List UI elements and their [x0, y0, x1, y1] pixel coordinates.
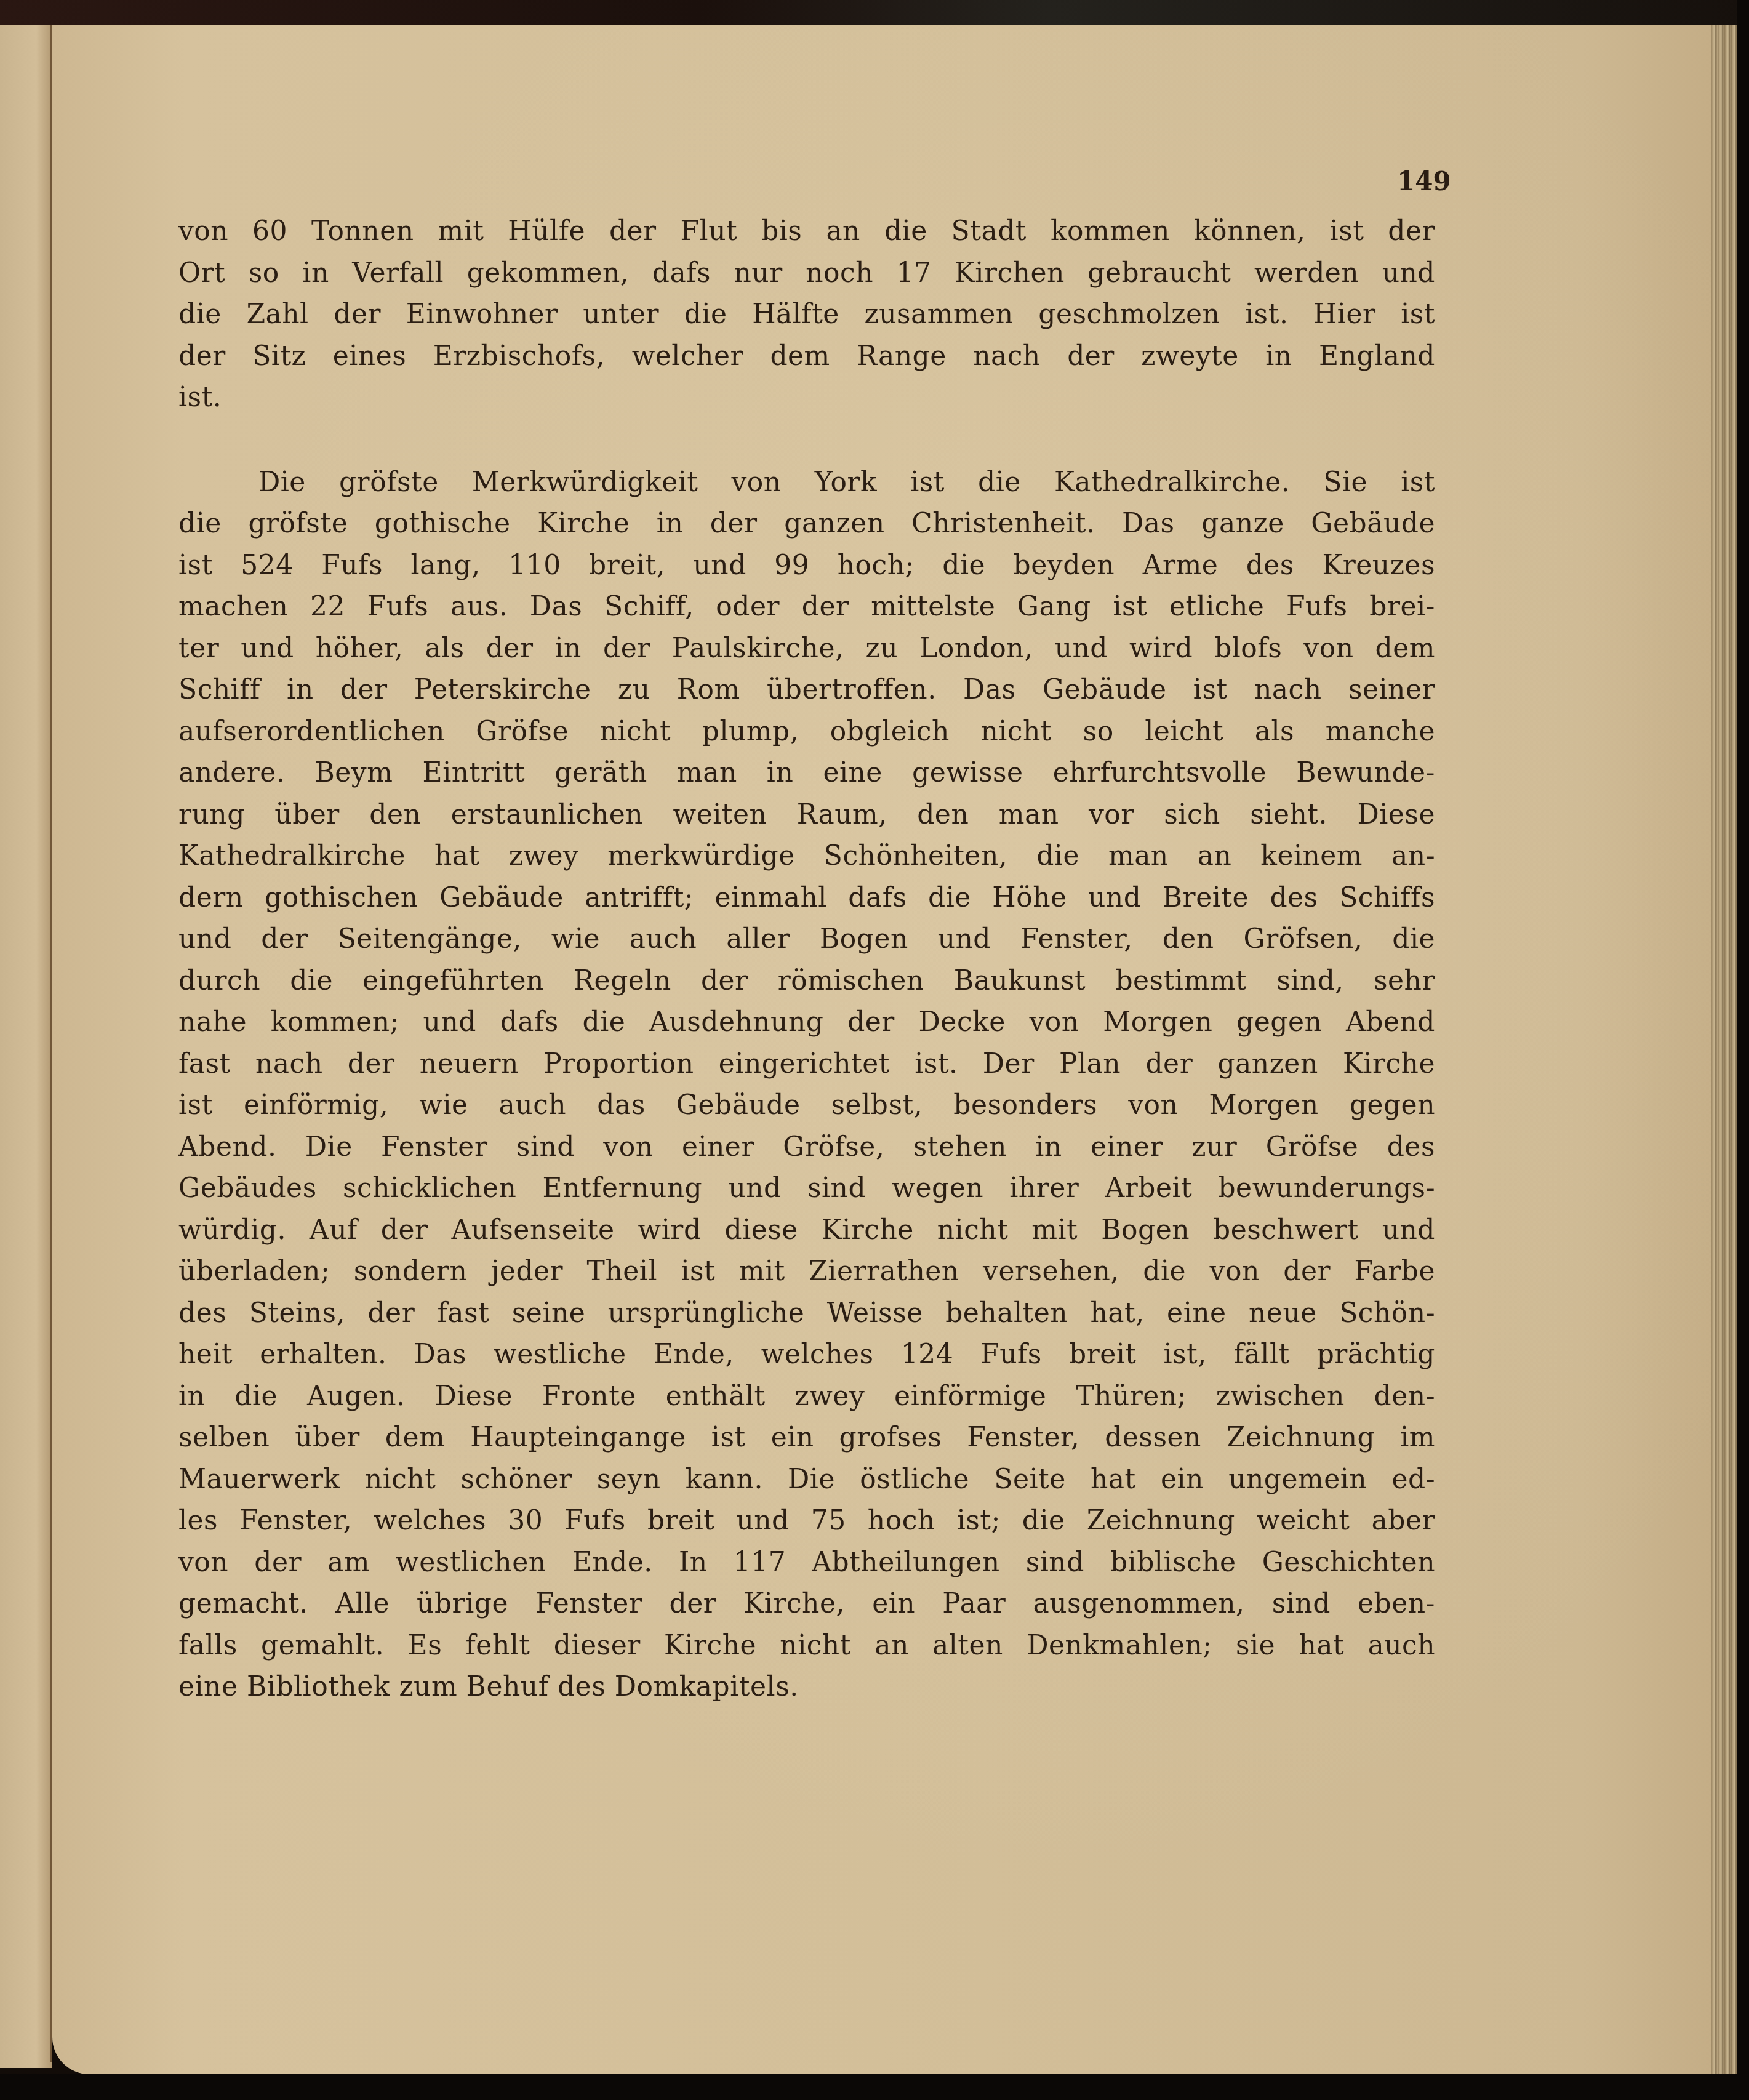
text-line: aufserordentlichen Gröfse nicht plump, o…: [178, 711, 1435, 753]
text-line: die Zahl der Einwohner unter die Hälfte …: [178, 294, 1435, 335]
text-line: der Sitz eines Erzbischofs, welcher dem …: [178, 335, 1435, 377]
page-number: 149: [1397, 166, 1451, 196]
text-line: Mauerwerk nicht schöner seyn kann. Die ö…: [178, 1459, 1435, 1501]
text-line: von 60 Tonnen mit Hülfe der Flut bis an …: [178, 210, 1435, 252]
paragraph-2: Die gröfste Merkwürdigkeit von York ist …: [178, 462, 1435, 1708]
text-line: machen 22 Fufs aus. Das Schiff, oder der…: [178, 586, 1435, 628]
text-line: rung über den erstaunlichen weiten Raum,…: [178, 794, 1435, 836]
text-line: von der am westlichen Ende. In 117 Abthe…: [178, 1542, 1435, 1584]
text-line: in die Augen. Diese Fronte enthält zwey …: [178, 1376, 1435, 1417]
text-line: die gröfste gothische Kirche in der ganz…: [178, 503, 1435, 545]
text-line: andere. Beym Eintritt geräth man in eine…: [178, 752, 1435, 794]
text-line: fast nach der neuern Proportion eingeric…: [178, 1043, 1435, 1085]
text-line: und der Seitengänge, wie auch aller Boge…: [178, 918, 1435, 960]
body-text: von 60 Tonnen mit Hülfe der Flut bis an …: [178, 203, 1435, 1708]
text-line: durch die eingeführten Regeln der römisc…: [178, 960, 1435, 1002]
text-line: dern gothischen Gebäude antrifft; einmah…: [178, 877, 1435, 919]
paragraph-gap: [178, 419, 1435, 462]
text-line: les Fenster, welches 30 Fufs breit und 7…: [178, 1500, 1435, 1542]
text-line: gemacht. Alle übrige Fenster der Kirche,…: [178, 1583, 1435, 1625]
scan-background-right: [1737, 0, 1749, 2100]
text-line: Ort so in Verfall gekommen, dafs nur noc…: [178, 252, 1435, 294]
text-line: Gebäudes schicklichen Entfernung und sin…: [178, 1168, 1435, 1209]
text-line: falls gemahlt. Es fehlt dieser Kirche ni…: [178, 1625, 1435, 1667]
text-line: eine Bibliothek zum Behuf des Domkapitel…: [178, 1666, 1435, 1708]
paragraph-1: von 60 Tonnen mit Hülfe der Flut bis an …: [178, 203, 1435, 419]
text-line: Kathedralkirche hat zwey merkwürdige Sch…: [178, 835, 1435, 877]
book-gutter: [50, 25, 52, 2062]
page-stack-edge: [1711, 25, 1737, 2074]
text-line: ist einförmig, wie auch das Gebäude selb…: [178, 1084, 1435, 1126]
text-line: ter und höher, als der in der Paulskirch…: [178, 628, 1435, 670]
text-line: nahe kommen; und dafs die Ausdehnung der…: [178, 1001, 1435, 1043]
text-line: Die gröfste Merkwürdigkeit von York ist …: [178, 462, 1435, 503]
text-line: überladen; sondern jeder Theil ist mit Z…: [178, 1251, 1435, 1292]
facing-page-edge: [0, 25, 52, 2068]
text-line: würdig. Auf der Aufsenseite wird diese K…: [178, 1209, 1435, 1251]
text-line: heit erhalten. Das westliche Ende, welch…: [178, 1334, 1435, 1376]
text-line: Abend. Die Fenster sind von einer Gröfse…: [178, 1126, 1435, 1168]
text-line: Schiff in der Peterskirche zu Rom übertr…: [178, 669, 1435, 711]
scan-background-bottom: [0, 2074, 1749, 2100]
text-line: selben über dem Haupteingange ist ein gr…: [178, 1417, 1435, 1459]
text-line: des Steins, der fast seine ursprüngliche…: [178, 1292, 1435, 1334]
text-line: ist.: [178, 377, 1435, 419]
book-cover-top-edge: [0, 0, 1749, 25]
text-line: ist 524 Fufs lang, 110 breit, und 99 hoc…: [178, 545, 1435, 587]
